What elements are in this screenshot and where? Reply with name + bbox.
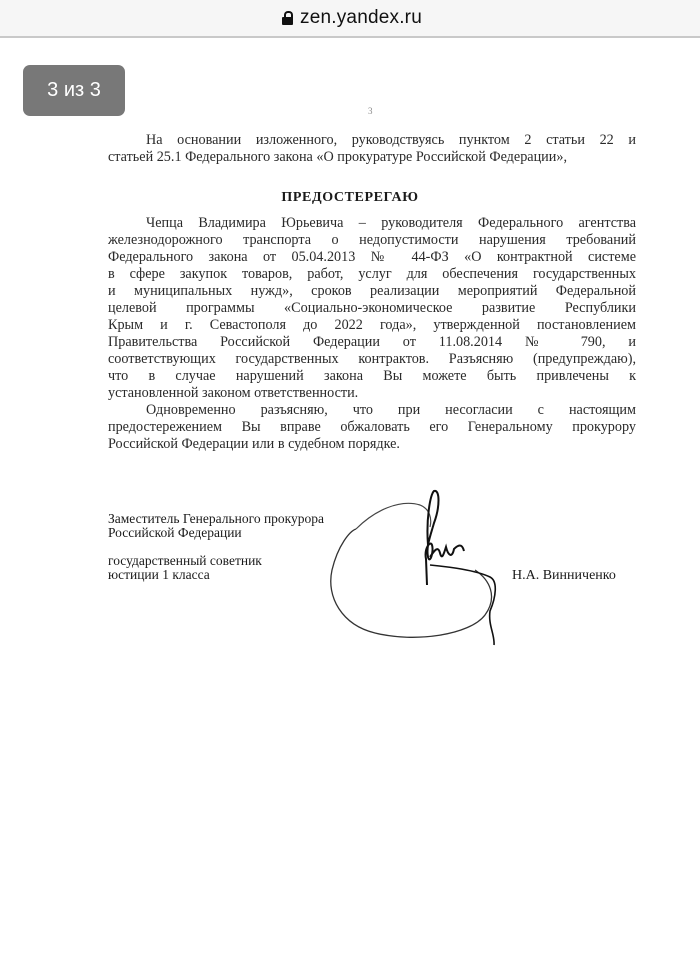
signature-icon bbox=[330, 485, 530, 655]
position-line: Заместитель Генерального прокурора bbox=[108, 512, 324, 526]
text-line: что в случае нарушений закона Вы можете … bbox=[108, 368, 636, 385]
page-number: 3 bbox=[368, 106, 373, 116]
rank-line: государственный советник bbox=[108, 554, 262, 568]
text-line: установленной законом ответственности. bbox=[108, 385, 636, 402]
text-line: железнодорожного транспорта о недопустим… bbox=[108, 232, 636, 249]
intro-paragraph: На основании изложенного, руководствуясь… bbox=[108, 132, 636, 166]
appeal-paragraph: Одновременно разъясняю, что при несоглас… bbox=[108, 402, 636, 453]
url-display[interactable]: zen.yandex.ru bbox=[282, 7, 422, 29]
warning-paragraph: Чепца Владимира Юрьевича – руководителя … bbox=[108, 215, 636, 402]
text-line: Чепца Владимира Юрьевича – руководителя … bbox=[108, 215, 636, 232]
gallery-counter: 3 из 3 bbox=[23, 65, 125, 116]
document-page: 3 На основании изложенного, руководствуя… bbox=[0, 38, 700, 960]
url-text: zen.yandex.ru bbox=[300, 7, 422, 29]
text-line: и муниципальных нужд», сроков реализации… bbox=[108, 283, 636, 300]
document-heading: ПРЕДОСТЕРЕГАЮ bbox=[0, 190, 700, 206]
rank-line: юстиции 1 класса bbox=[108, 568, 262, 582]
text-line: целевой программы «Социально-экономическ… bbox=[108, 300, 636, 317]
text-line: На основании изложенного, руководствуясь… bbox=[108, 132, 636, 149]
text-line: в сфере закупок товаров, работ, услуг дл… bbox=[108, 266, 636, 283]
browser-address-bar[interactable]: zen.yandex.ru bbox=[0, 0, 700, 38]
signatory-position: Заместитель Генерального прокурора Росси… bbox=[108, 512, 324, 540]
text-line: Правительства Российской Федерации от 11… bbox=[108, 334, 636, 351]
lock-icon bbox=[282, 11, 293, 25]
signatory-rank: государственный советник юстиции 1 класс… bbox=[108, 554, 262, 582]
position-line: Российской Федерации bbox=[108, 526, 324, 540]
text-line: статьей 25.1 Федерального закона «О прок… bbox=[108, 149, 636, 166]
text-line: Крым и г. Севастополя до 2022 года», утв… bbox=[108, 317, 636, 334]
text-line: соответствующих государственных контракт… bbox=[108, 351, 636, 368]
text-line: Одновременно разъясняю, что при несоглас… bbox=[108, 402, 636, 419]
text-line: предостережением Вы вправе обжаловать ег… bbox=[108, 419, 636, 436]
text-line: Российской Федерации или в судебном поря… bbox=[108, 436, 636, 453]
text-line: Федерального закона от 05.04.2013 № 44-Ф… bbox=[108, 249, 636, 266]
